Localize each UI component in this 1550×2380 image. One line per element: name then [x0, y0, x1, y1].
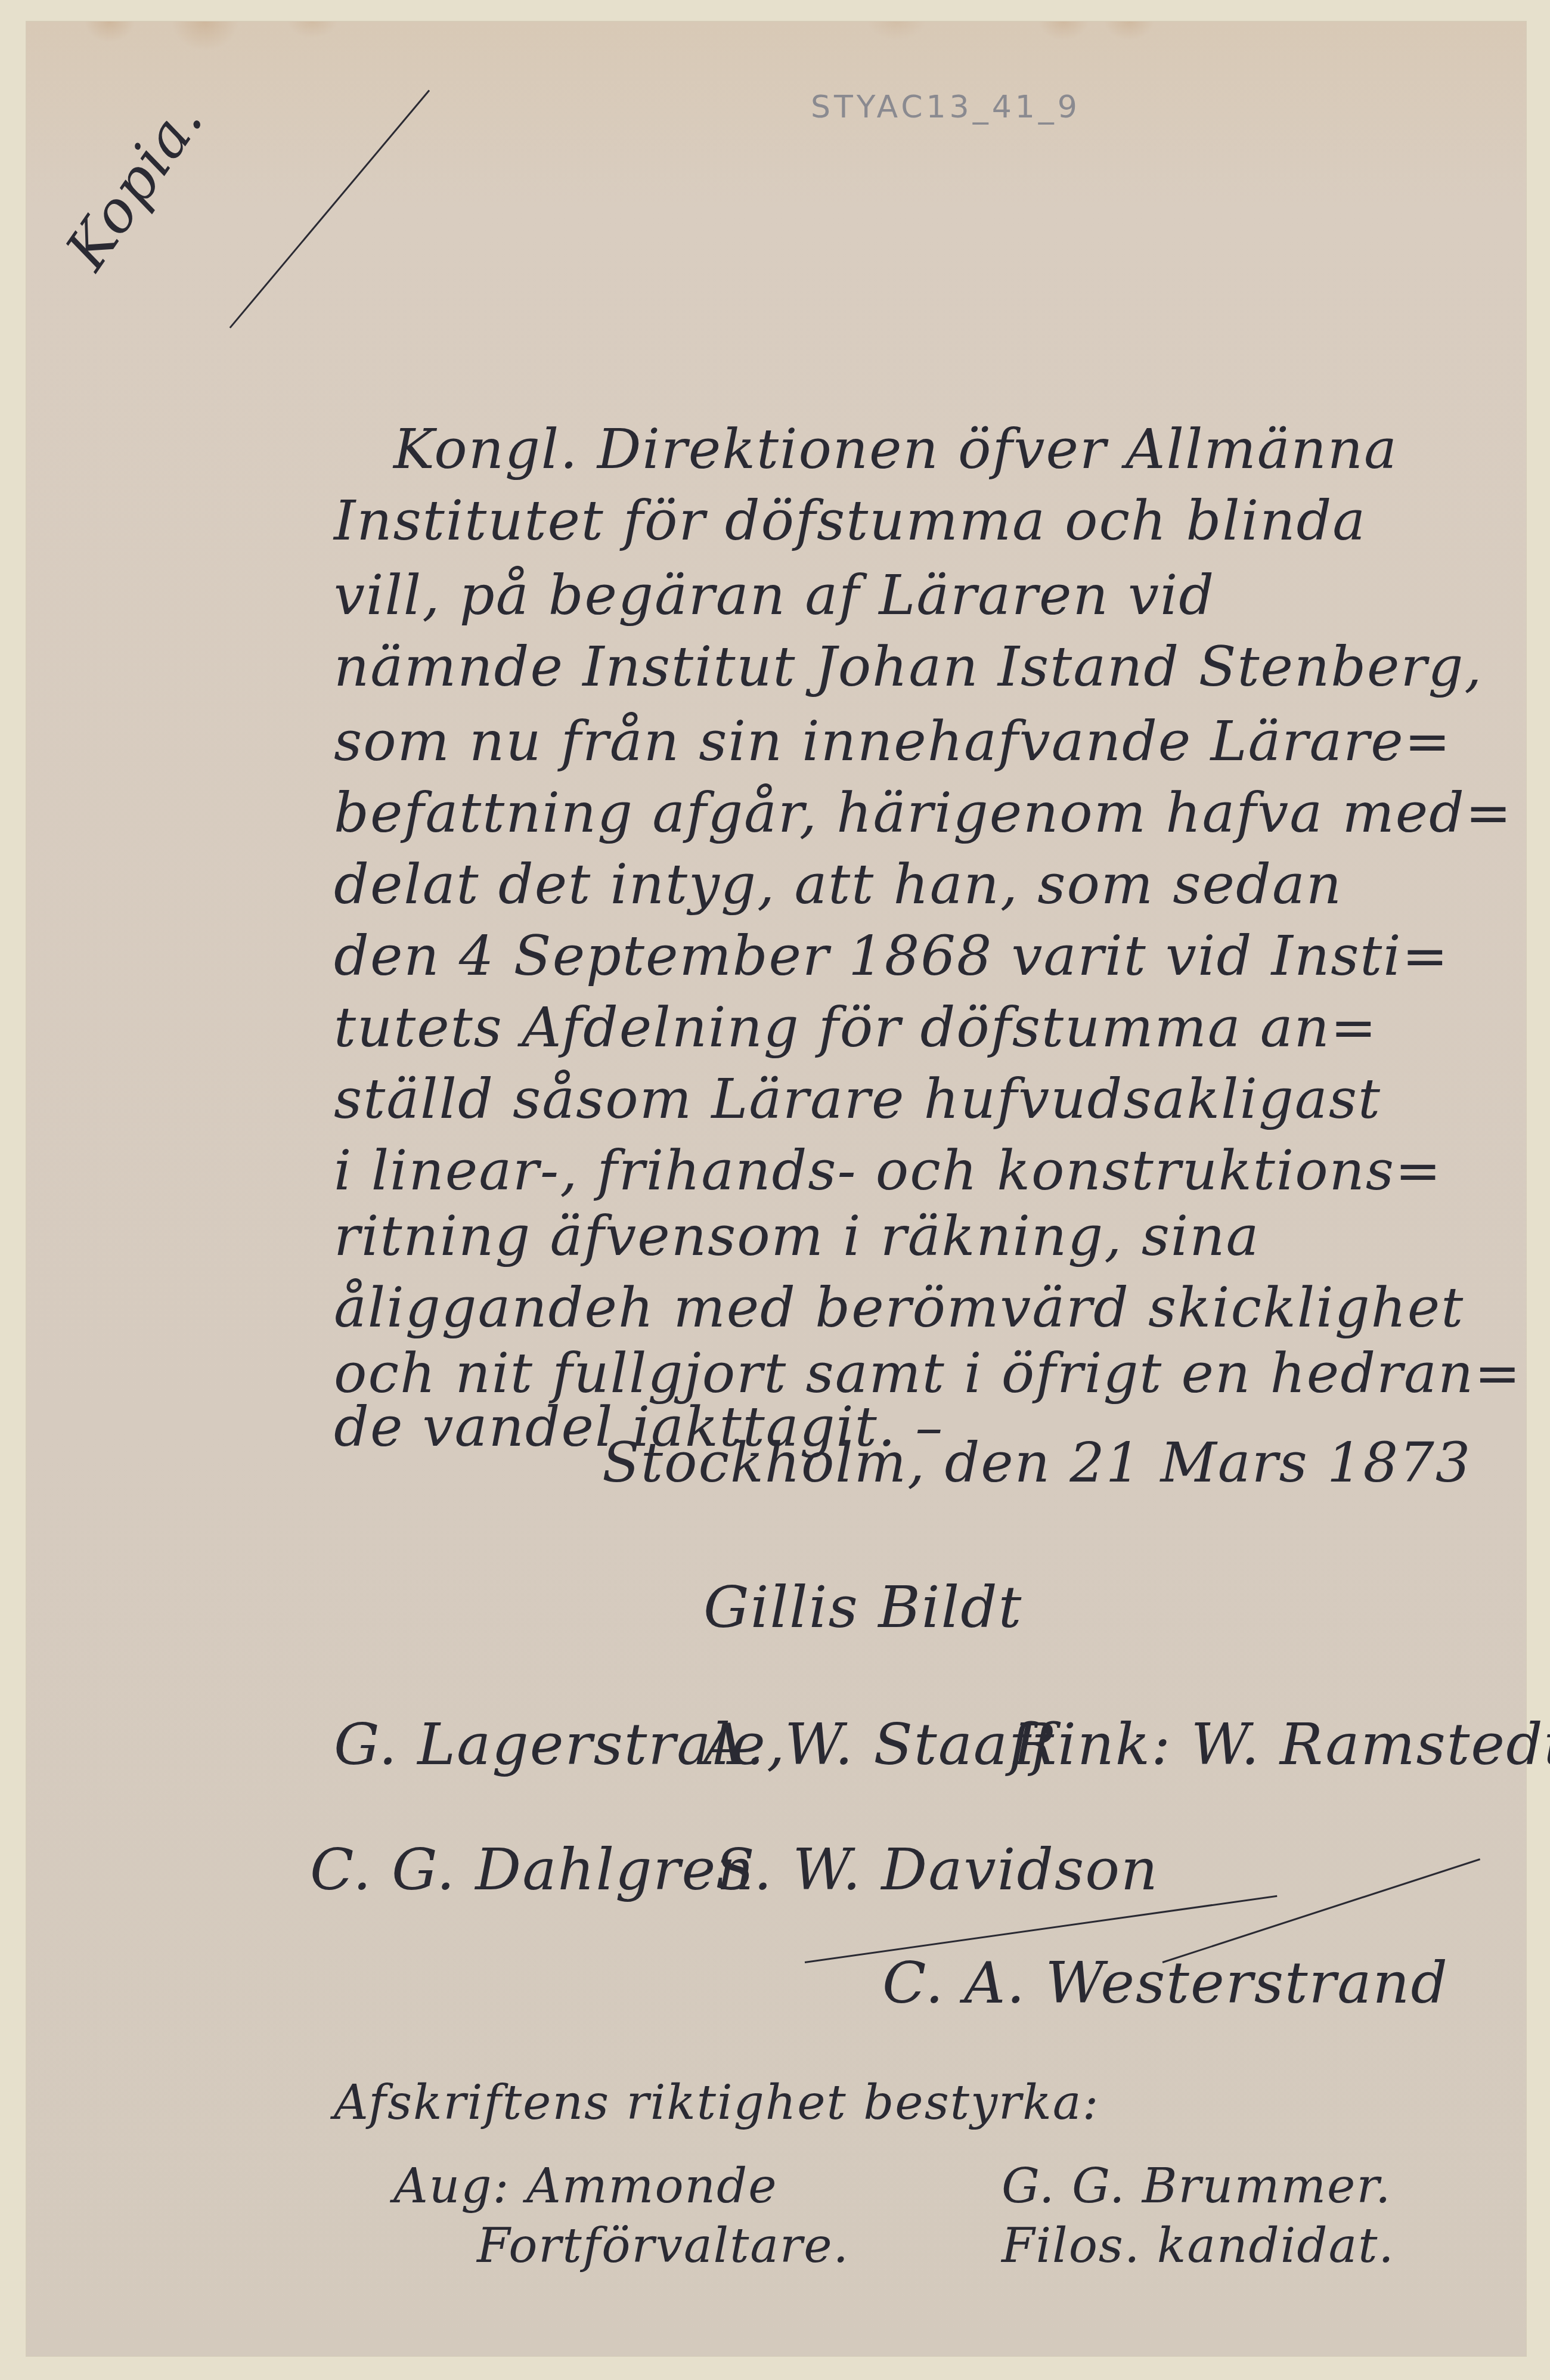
signature-davidson: S. W. Davidson [715, 1836, 1159, 1903]
body-line-8: den 4 September 1868 varit vid Insti= [334, 924, 1449, 988]
body-line-9: tutets Afdelning för döfstumma an= [334, 996, 1378, 1059]
body-line-13: åliggandeh med berömvärd skicklighet [334, 1276, 1464, 1340]
body-line-7: delat det intyg, att han, som sedan [334, 853, 1343, 916]
signature-westerstrand: C. A. Westerstrand [882, 1950, 1449, 2016]
body-line-2: Institutet för döfstumma och blinda [334, 489, 1366, 553]
body-line-4: nämnde Institut Johan Istand Stenberg, [334, 635, 1483, 699]
certifier-left-title: Fortförvaltare. [477, 2218, 850, 2273]
body-line-11: i linear-, frihands- och konstruktions= [334, 1139, 1442, 1203]
body-line-3: vill, på begäran af Läraren vid [334, 563, 1215, 627]
signature-ramstedt: Rink: W. Ramstedt [1013, 1711, 1550, 1778]
water-stains [62, 21, 1493, 75]
signature-gillis-bildt: Gillis Bildt [703, 1574, 1022, 1641]
certifier-right-title: Filos. kandidat. [1002, 2218, 1395, 2273]
certification-heading: Afskriftens riktighet bestyrka: [334, 2075, 1099, 2130]
certifier-left-name: Aug: Ammonde [393, 2158, 778, 2214]
body-line-10: ställd såsom Lärare hufvudsakligast [334, 1067, 1381, 1131]
signature-dahlgren: C. G. Dahlgren [310, 1836, 755, 1903]
certifier-right-name: G. G. Brummer. [1002, 2158, 1391, 2214]
place-date: Stockholm, den 21 Mars 1873 [602, 1431, 1471, 1495]
signature-staaff: A. W. Staaff [703, 1711, 1053, 1778]
body-line-5: som nu från sin innehafvande Lärare= [334, 709, 1452, 773]
body-line-6: befattning afgår, härigenom hafva med= [334, 781, 1512, 845]
body-line-1: Kongl. Direktionen öfver Allmänna [393, 417, 1398, 481]
body-line-12: ritning äfvensom i räkning, sina [334, 1204, 1260, 1268]
archive-reference: STYAC13_41_9 [811, 89, 1081, 125]
